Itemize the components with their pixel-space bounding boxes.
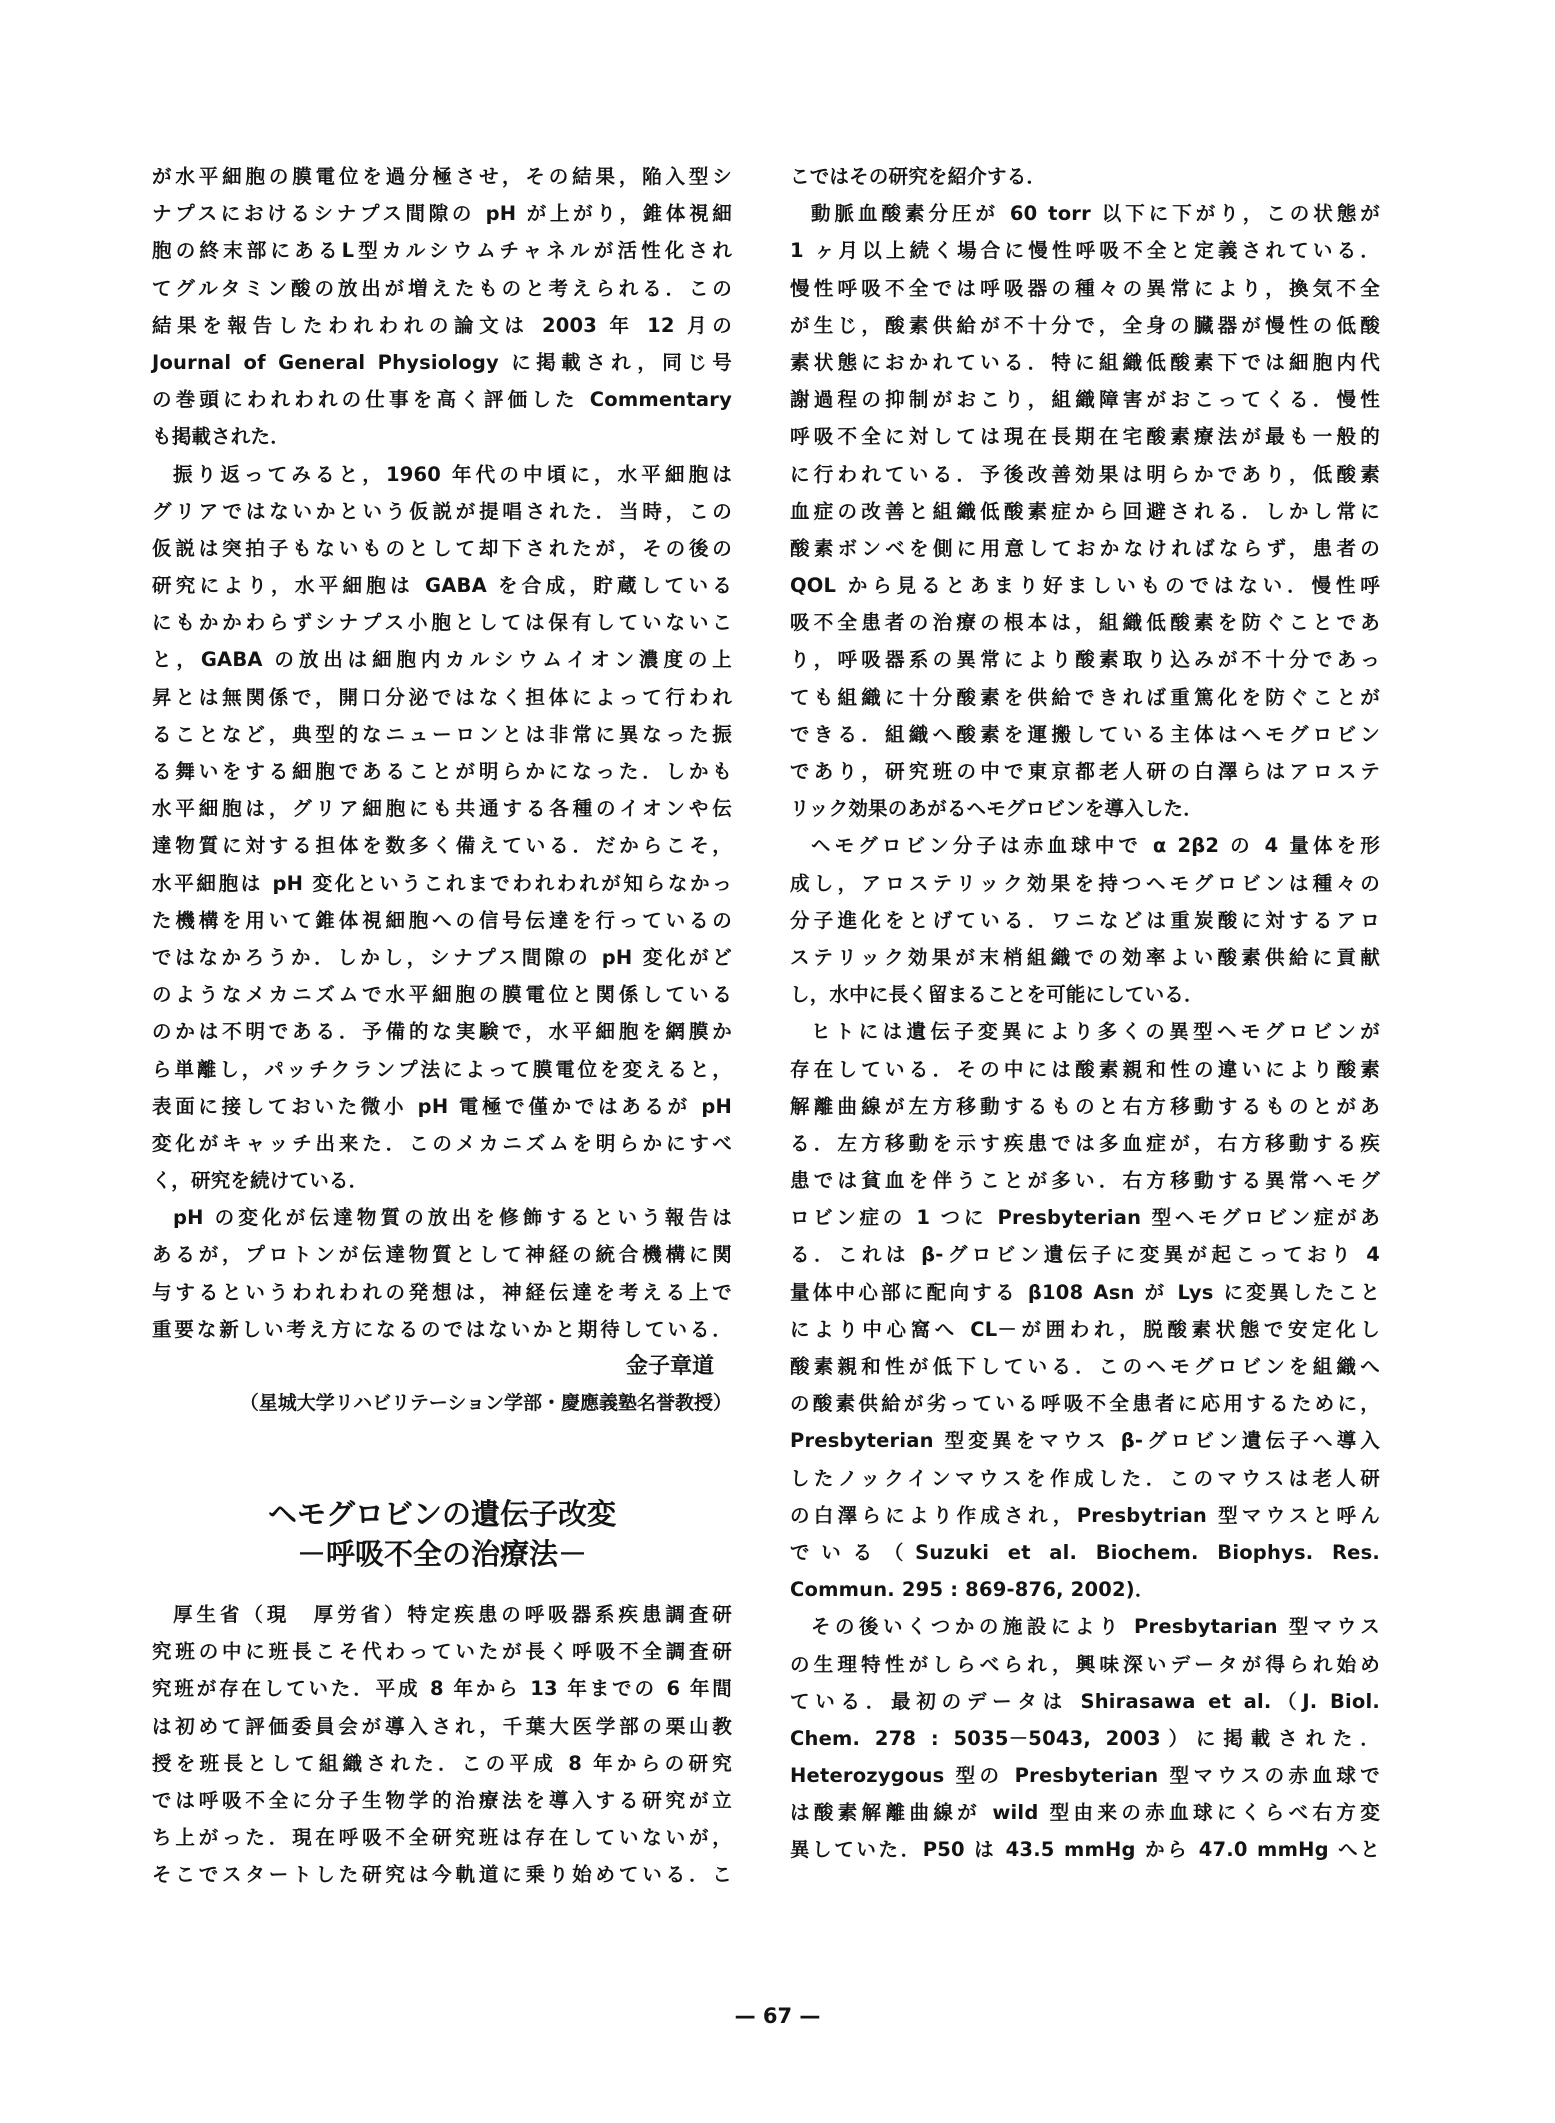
author-block: 金子章道 （星城大学リハビリテーション学部・慶應義塾名誉教授） [152,1348,732,1422]
text-line: は酸素解離曲線が wild 型由来の赤血球にくらべ右方変 [790,1794,1380,1831]
text-line: 酸素親和性が低下している．このヘモグロビンを組織へ [790,1348,1380,1385]
text-line: も掲載された． [152,418,732,455]
text-line: QOL から見るとあまり好ましいものではない．慢性呼 [790,567,1380,604]
text-line: る．左方移動を示す疾患では多血症が，右方移動する疾 [790,1125,1380,1162]
paragraph-glia-hypothesis: 振り返ってみると，1960 年代の中頃に，水平細胞は グリアではないかという仮説… [152,456,732,1200]
text-line: の白澤らにより作成され，Presbytrian 型マウスと呼ん [790,1497,1380,1534]
text-line: Presbyterian 型変異をマウス β-グロビン遺伝子へ導入 [790,1422,1380,1459]
text-line: 分子進化をとげている．ワニなどは重炭酸に対するアロ [790,902,1380,939]
text-line: の生理特性がしらべられ，興味深いデータが得られ始め [790,1646,1380,1683]
text-line: 変化がキャッチ出来た．このメカニズムを明らかにすべ [152,1125,732,1162]
text-line: 異していた．P50 は 43.5 mmHg から 47.0 mmHg へと [790,1831,1380,1868]
text-line: グリアではないかという仮説が提唱された．当時，この [152,493,732,530]
text-line: そこでスタートした研究は今軌道に乗り始めている．こ [152,1856,732,1893]
text-line: にもかかわらずシナプス小胞としては保有していないこ [152,604,732,641]
text-line: あるが，プロトンが伝達物質として神経の統合機構に関 [152,1236,732,1273]
paragraph-research-group: 厚生省（現 厚労省）特定疾患の呼吸器系疾患調査研 究班の中に班長こそ代わっていた… [152,1596,732,1894]
text-line: 素状態におかれている．特に組織低酸素下では細胞内代 [790,344,1380,381]
text-line: 1 ヶ月以上続く場合に慢性呼吸不全と定義されている． [790,232,1380,269]
citation-line: でいる（Suzuki et al. Biochem. Biophys. Res. [790,1534,1380,1571]
text-line: Heterozygous 型の Presbyterian 型マウスの赤血球で [790,1757,1380,1794]
text-line: 胞の終末部にあるL型カルシウムチャネルが活性化され [152,232,732,269]
author-name: 金子章道 [152,1348,732,1385]
text-line: に行われている．予後改善効果は明らかであり，低酸素 [790,456,1380,493]
text-line: 動脈血酸素分圧が 60 torr 以下に下がり，この状態が [790,195,1380,232]
text-line: ではなかろうか．しかし，シナプス間隙の pH 変化がど [152,939,732,976]
paragraph-horizontal-cell-results: が水平細胞の膜電位を過分極させ，その結果，陥入型シ ナプスにおけるシナプス間隙の… [152,158,732,456]
text-line: 究班が存在していた．平成 8 年から 13 年までの 6 年間 [152,1670,732,1707]
text-line: が生じ，酸素供給が不十分で，全身の臓器が慢性の低酸 [790,307,1380,344]
text-line: ナプスにおけるシナプス間隙の pH が上がり，錐体視細 [152,195,732,232]
text-line: リック効果のあがるヘモグロビンを導入した． [790,790,1380,827]
text-line: 解離曲線が左方移動するものと右方移動するものとがあ [790,1088,1380,1125]
text-line: 振り返ってみると，1960 年代の中頃に，水平細胞は [152,456,732,493]
text-line: のようなメカニズムで水平細胞の膜電位と関係している [152,976,732,1013]
text-line: てグルタミン酸の放出が増えたものと考えられる．この [152,270,732,307]
text-line: ステリック効果が末梢組織での効率よい酸素供給に貢献 [790,939,1380,976]
text-line: 結果を報告したわれわれの論文は 2003 年 12 月の [152,307,732,344]
article-subtitle: －呼吸不全の治療法－ [152,1534,732,1574]
text-line: の酸素供給が劣っている呼吸不全患者に応用するために， [790,1385,1380,1422]
text-line: 慢性呼吸不全では呼吸器の種々の異常により，換気不全 [790,270,1380,307]
text-line: 表面に接しておいた微小 pH 電極で僅かではあるが pH [152,1088,732,1125]
text-line: た機構を用いて錐体視細胞への信号伝達を行っているの [152,902,732,939]
text-line: ヒトには遺伝子変異により多くの異型ヘモグロビンが [790,1013,1380,1050]
paragraph-chronic-respiratory-failure: 動脈血酸素分圧が 60 torr 以下に下がり，この状態が 1 ヶ月以上続く場合… [790,195,1380,827]
text-line: ても組織に十分酸素を供給できれば重篤化を防ぐことが [790,679,1380,716]
text-line: 謝過程の抑制がおこり，組織障害がおこってくる．慢性 [790,381,1380,418]
text-line: し，水中に長く留まることを可能にしている． [790,976,1380,1013]
text-line: 授を班長として組織された．この平成 8 年からの研究 [152,1745,732,1782]
text-line: その後いくつかの施設により Presbytarian 型マウス [790,1608,1380,1645]
text-line: り，呼吸器系の異常により酸素取り込みが不十分であっ [790,641,1380,678]
right-column: こではその研究を紹介する． 動脈血酸素分圧が 60 torr 以下に下がり，この… [790,158,1380,1869]
text-line: 患では貧血を伴うことが多い．右方移動する異常ヘモグ [790,1162,1380,1199]
text-line: は初めて評価委員会が導入され，千葉大医学部の栗山教 [152,1708,732,1745]
text-line: ロビン症の 1 つに Presbyterian 型ヘモグロビン症があ [790,1199,1380,1236]
text-line: 与するというわれわれの発想は，神経伝達を考える上で [152,1274,732,1311]
text-line: 厚生省（現 厚労省）特定疾患の呼吸器系疾患調査研 [152,1596,732,1633]
text-line: と，GABA の放出は細胞内カルシウムイオン濃度の上 [152,641,732,678]
text-line: く，研究を続けている． [152,1162,732,1199]
text-line: 水平細胞は，グリア細胞にも共通する各種のイオンや伝 [152,790,732,827]
text-line: であり，研究班の中で東京都老人研の白澤らはアロステ [790,753,1380,790]
text-line: こではその研究を紹介する． [790,158,1380,195]
text-line: る．これは β-グロビン遺伝子に変異が起こっており 4 [790,1236,1380,1273]
text-line: 重要な新しい考え方になるのではないかと期待している． [152,1311,732,1348]
paragraph-mouse-studies: その後いくつかの施設により Presbytarian 型マウス の生理特性がしら… [790,1608,1380,1868]
text-line: できる．組織へ酸素を運搬している主体はヘモグロビン [790,716,1380,753]
article-title: ヘモグロビンの遺伝子改変 [152,1494,732,1534]
text-line: ち上がった．現在呼吸不全研究班は存在していないが， [152,1819,732,1856]
text-line: ることなど，典型的なニューロンとは非常に異なった振 [152,716,732,753]
text-line: 究班の中に班長こそ代わっていたが長く呼吸不全調査研 [152,1633,732,1670]
citation-line: Commun. 295 : 869-876, 2002)． [790,1571,1380,1608]
citation-line: ている．最初のデータは Shirasawa et al.（J. Biol. [790,1683,1380,1720]
text-line: 達物質に対する担体を数多く備えている．だからこそ， [152,827,732,864]
text-line: 吸不全患者の治療の根本は，組織低酸素を防ぐことであ [790,604,1380,641]
left-column: が水平細胞の膜電位を過分極させ，その結果，陥入型シ ナプスにおけるシナプス間隙の… [152,158,732,1894]
text-line: 昇とは無関係で，開口分泌ではなく担体によって行われ [152,679,732,716]
text-line: る舞いをする細胞であることが明らかになった．しかも [152,753,732,790]
paragraph-introduction-end: こではその研究を紹介する． [790,158,1380,195]
text-line: ら単離し，パッチクランプ法によって膜電位を変えると， [152,1051,732,1088]
text-line: pH の変化が伝達物質の放出を修飾するという報告は [152,1199,732,1236]
page-number: — 67 — [0,2004,1555,2028]
citation-line: Chem. 278 : 5035－5043, 2003）に掲載された． [790,1720,1380,1757]
author-affiliation: （星城大学リハビリテーション学部・慶應義塾名誉教授） [152,1385,732,1422]
text-line: 仮説は突拍子もないものとして却下されたが，その後の [152,530,732,567]
text-line: Journal of General Physiology に掲載され，同じ号 [152,344,732,381]
text-line: により中心窩へ CL－が囲われ，脱酸素状態で安定化し [790,1311,1380,1348]
paragraph-proton-transmitter: pH の変化が伝達物質の放出を修飾するという報告は あるが，プロトンが伝達物質と… [152,1199,732,1348]
text-line: 酸素ボンベを側に用意しておかなければならず，患者の [790,530,1380,567]
paragraph-presbyterian-variant: ヒトには遺伝子変異により多くの異型ヘモグロビンが 存在している．その中には酸素親… [790,1013,1380,1608]
text-line: が水平細胞の膜電位を過分極させ，その結果，陥入型シ [152,158,732,195]
text-line: では呼吸不全に分子生物学的治療法を導入する研究が立 [152,1782,732,1819]
paragraph-hemoglobin-evolution: ヘモグロビン分子は赤血球中で α 2β2 の 4 量体を形 成し，アロステリック… [790,827,1380,1013]
text-line: 呼吸不全に対しては現在長期在宅酸素療法が最も一般的 [790,418,1380,455]
text-line: ヘモグロビン分子は赤血球中で α 2β2 の 4 量体を形 [790,827,1380,864]
text-line: 存在している．その中には酸素親和性の違いにより酸素 [790,1051,1380,1088]
text-line: 研究により，水平細胞は GABA を合成，貯蔵している [152,567,732,604]
text-line: 成し，アロステリック効果を持つヘモグロビンは種々の [790,865,1380,902]
text-line: の巻頭にわれわれの仕事を高く評価した Commentary [152,381,732,418]
text-line: 量体中心部に配向する β108 Asn が Lys に変異したこと [790,1274,1380,1311]
text-line: 血症の改善と組織低酸素症から回避される．しかし常に [790,493,1380,530]
text-line: 水平細胞は pH 変化というこれまでわれわれが知らなかっ [152,865,732,902]
text-line: したノックインマウスを作成した．このマウスは老人研 [790,1460,1380,1497]
text-line: のかは不明である．予備的な実験で，水平細胞を網膜か [152,1013,732,1050]
